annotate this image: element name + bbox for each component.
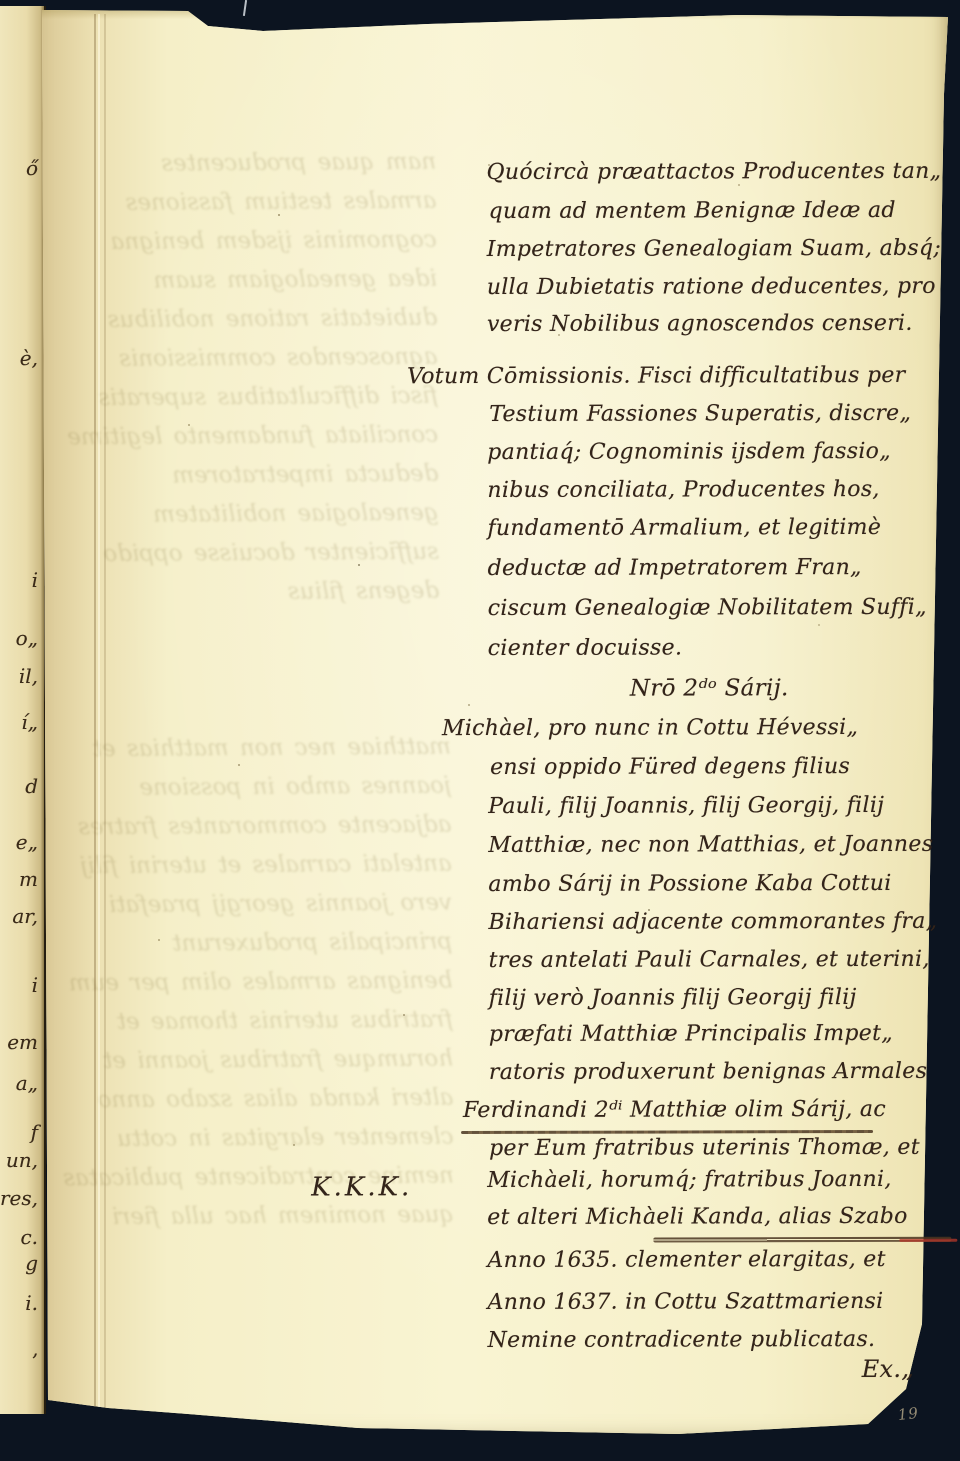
catchword: Ex.„ [862, 1355, 914, 1383]
text-line: Nemine contradicente publicatas. [488, 1327, 876, 1353]
text-line: per Eum fratribus uterinis Thomæ, et [489, 1135, 920, 1161]
text-line: Impetratores Genealogiam Suam, absq́; [487, 236, 941, 262]
text-line: Matthiæ, nec non Matthias, et Joannes [488, 832, 933, 858]
text-line: præfati Matthiæ Principalis Impet„ [489, 1021, 893, 1047]
text-line: ratoris produxerunt benignas Armales [489, 1059, 927, 1085]
text-line: Anno 1637. in Cottu Szattmariensi [487, 1289, 883, 1315]
text-line-underlined: Ferdinandi 2ᵈⁱ Matthiæ olim Sárij, ac [463, 1097, 886, 1123]
text-line: filij verò Joannis filij Georgij filij [489, 985, 857, 1011]
text-line: ulla Dubietatis ratione deducentes, pro [487, 274, 936, 300]
text-line: pantiaq́; Cognominis ijsdem fassio„ [487, 439, 891, 465]
text-line: tres antelati Pauli Carnales, et uterini… [489, 947, 930, 973]
text-line: fundamentō Armalium, et legitimè [487, 515, 881, 541]
text-line: Michàel, pro nunc in Cottu Hévessi„ [442, 715, 858, 741]
text-line: cienter docuisse. [488, 635, 683, 661]
text-line: quam ad mentem Benignæ Ideæ ad [489, 198, 896, 224]
text-line: Quócircà præattactos Producentes tan„ [487, 159, 942, 185]
red-pencil-underline [899, 1239, 957, 1242]
text-line: Anno 1635. clementer elargitas, et [487, 1247, 885, 1273]
text-line: Pauli, filij Joannis, filij Georgij, fil… [488, 793, 884, 819]
text-line: veris Nobilibus agnoscendos censeri. [487, 311, 913, 337]
text-line: nibus conciliata, Producentes hos, [487, 477, 879, 503]
pencil-folio-number: 19 [897, 1404, 920, 1424]
text-line: Votum Cōmissionis. Fisci difficultatibus… [407, 363, 905, 389]
underline-ferdinandi [461, 1130, 873, 1134]
text-line: ambo Sárij in Possione Kaba Cottui [488, 871, 891, 897]
case-heading: Nrō 2ᵈᵒ Sárij. [630, 675, 789, 701]
text-line: Bihariensi adjacente commorantes fra„ [488, 909, 937, 935]
text-line: Testium Fassiones Superatis, discre„ [489, 401, 911, 427]
photographed-manuscript-page: őè,io„il,í„de„mar,iema„fun,ores,c.gi.’ n… [0, 0, 960, 1461]
margin-note: K.K.K. [311, 1172, 412, 1202]
text-line: ensi oppido Füred degens filius [490, 754, 850, 780]
text-line: ciscum Genealogiæ Nobilitatem Suffi„ [488, 595, 927, 621]
handwriting-layer: Quócircà præattactos Producentes tan„ qu… [0, 0, 960, 1461]
text-line: deductæ ad Impetratorem Fran„ [488, 555, 862, 581]
text-line: Michàeli, horumq́; fratribus Joanni, [487, 1167, 892, 1193]
text-line-underlined: et alteri Michàeli Kanda, alias Szabo [487, 1204, 907, 1230]
